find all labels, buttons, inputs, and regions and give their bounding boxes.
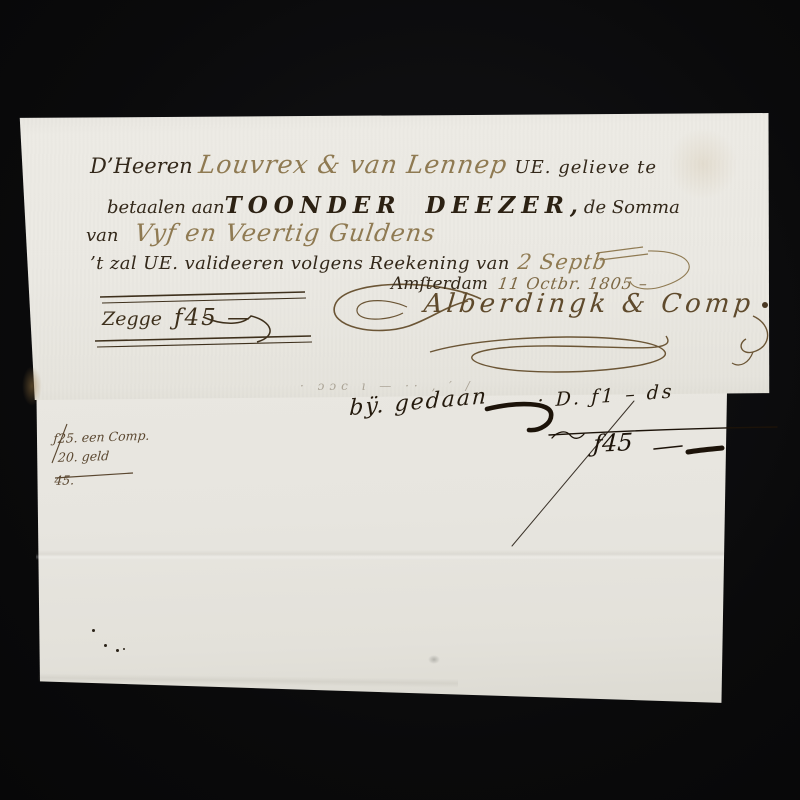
- clause-text: ’t zal UE. valideeren volgens Reekening …: [90, 253, 510, 274]
- addressee-name: Louvrex & van Lennep: [197, 150, 509, 179]
- amount-prefix: van: [86, 225, 119, 246]
- endorsement-strokes: [487, 401, 777, 546]
- zegge-label: Zegge: [102, 308, 162, 330]
- signature-text: Alberdingk & Comp: [422, 289, 755, 319]
- zegge-block: Zegge ƒ45 —: [102, 305, 252, 331]
- total-amount: ƒ45: [593, 428, 634, 458]
- bill-line-amount: van Vyf en Veertig Guldens: [86, 219, 435, 247]
- photo-stage: D’Heeren Louvrex & van Lennep UE. geliev…: [0, 0, 800, 800]
- bill-line-addressee: D’Heeren Louvrex & van Lennep UE. geliev…: [90, 150, 657, 179]
- addressee-suffix: UE. gelieve te: [514, 157, 657, 178]
- pay-prefix: betaalen aan: [107, 197, 225, 218]
- amount-words: Vyf en Veertig Guldens: [133, 219, 438, 247]
- bill-line-clause: ’t zal UE. valideeren volgens Reekening …: [90, 250, 607, 274]
- clause-date: 2 Septb: [516, 250, 609, 274]
- payee-name: TOONDER DEEZER,: [225, 192, 584, 219]
- margin-note-line: ƒ25. een Comp.: [53, 426, 151, 449]
- bill-line-payee: betaalen aan TOONDER DEEZER, de Somma: [107, 192, 656, 219]
- zegge-amount: ƒ45 —: [174, 305, 252, 331]
- margin-note-line: 45.: [50, 465, 148, 491]
- pay-suffix: de Somma: [584, 197, 680, 218]
- margin-note: ƒ25. een Comp. 20. geld 45.: [50, 426, 150, 491]
- addressee-prefix: D’Heeren: [90, 154, 193, 178]
